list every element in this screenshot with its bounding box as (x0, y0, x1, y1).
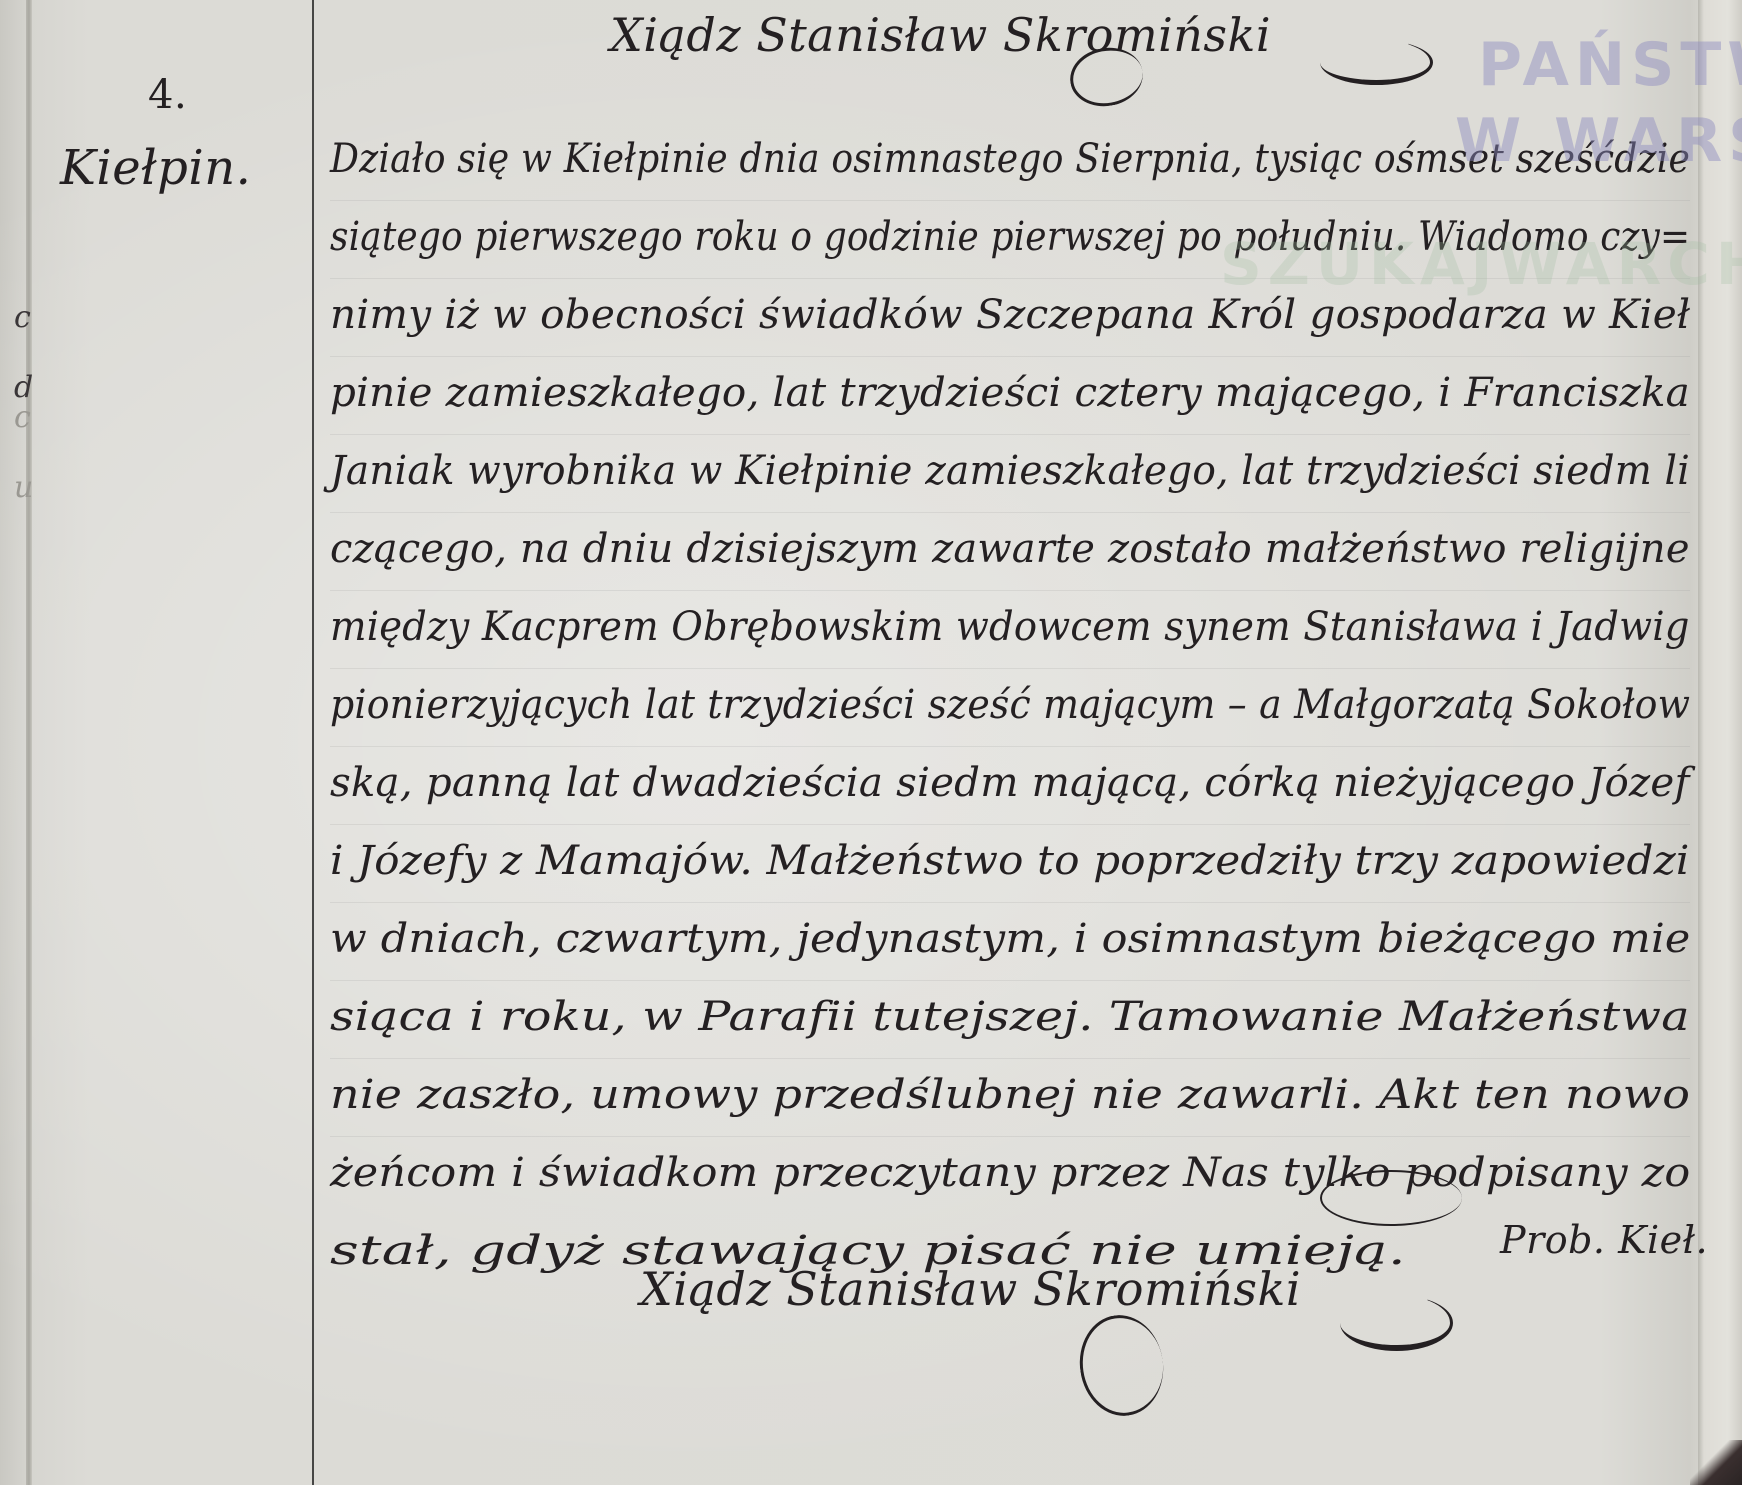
body-line: w dniach, czwartym, jedynastym, i osimna… (330, 916, 1691, 962)
signature-flourish (1340, 1295, 1453, 1351)
top-signature: Xiądz Stanisław Skromiński (610, 8, 1271, 62)
margin-rule (312, 0, 314, 1485)
ruled-line (330, 668, 1690, 669)
ruled-line (330, 824, 1690, 825)
ruled-line (330, 200, 1690, 201)
margin-fragment: c (14, 400, 31, 435)
watermark-line: SZUKAJWARCHIWACH / GENETEKA.GEN (1220, 230, 1742, 298)
ruled-line (330, 590, 1690, 591)
page-edge-right (1698, 0, 1742, 1485)
watermark-line: W WARSZ (1455, 106, 1742, 176)
body-line: siąca i roku, w Parafii tutejszej. Tamow… (330, 994, 1690, 1040)
signature-flourish (1320, 40, 1433, 85)
margin-fragment: u (14, 470, 33, 505)
ruled-line (330, 1058, 1690, 1059)
body-line: czącego, na dniu dzisiejszym zawarte zos… (330, 526, 1690, 572)
body-line: i Józefy z Mamajów. Małżeństwo to poprze… (330, 838, 1690, 884)
body-line: nimy iż w obecności świadków Szczepana K… (330, 292, 1690, 338)
ruled-line (330, 434, 1690, 435)
ruled-line (330, 746, 1690, 747)
margin-fragment: c (14, 300, 31, 335)
page-edge-left (26, 0, 32, 1485)
ruled-line (330, 980, 1690, 981)
body-line: ską, panną lat dwadzieścia siedm mającą,… (330, 760, 1690, 806)
signature-flourish (1073, 1310, 1169, 1422)
register-page: c d c u Xiądz Stanisław Skromiński 4. Ki… (0, 0, 1742, 1485)
ruled-line (330, 512, 1690, 513)
body-line: żeńcom i świadkom przeczytany przez Nas … (330, 1150, 1690, 1196)
signature-title: Prob. Kieł. (1500, 1218, 1708, 1262)
bottom-signature: Xiądz Stanisław Skromiński (640, 1262, 1301, 1316)
watermark-line: PAŃSTWOWE (1478, 30, 1742, 100)
body-line: nie zaszło, umowy przedślubnej nie zawar… (330, 1072, 1690, 1118)
body-line: między Kacprem Obrębowskim wdowcem synem… (330, 604, 1690, 650)
book-cover-corner (1690, 1440, 1742, 1485)
body-line: pinie zamieszkałego, lat trzydzieści czt… (330, 370, 1690, 416)
body-line: Janiak wyrobnika w Kiełpinie zamieszkałe… (330, 448, 1690, 494)
entry-number: 4. (148, 72, 187, 118)
entry-place: Kiełpin. (60, 140, 251, 196)
body-line: pionierzyjących lat trzydzieści sześć ma… (330, 682, 1690, 728)
signature-flourish (1320, 1170, 1462, 1226)
ruled-line (330, 1136, 1690, 1137)
ruled-line (330, 356, 1690, 357)
ruled-line (330, 902, 1690, 903)
